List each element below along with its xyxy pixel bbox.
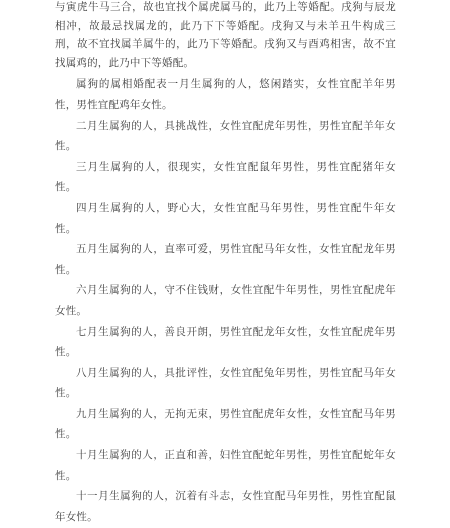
intro-paragraph: 与寅虎牛马三合，故也宜找个属虎属马的，此乃上等婚配。戌狗与辰龙相冲，故最忌找属龙… [55, 0, 396, 73]
paragraph-month-5: 五月生属狗的人，直率可爱，男性宜配马年女性，女性宜配龙年男性。 [55, 240, 396, 281]
paragraph-month-6: 六月生属狗的人，守不住钱财，女性宜配牛年男性，男性宜配虎年女性。 [55, 281, 396, 300]
paragraph-month-1: 属狗的属相婚配表一月生属狗的人，悠闲踏实，女性宜配羊年男性，男性宜配鸡年女性。 [55, 75, 396, 116]
text-column: 与寅虎牛马三合，故也宜找个属虎属马的，此乃上等婚配。戌狗与辰龙相冲，故最忌找属龙… [55, 0, 396, 300]
paragraph-month-3: 三月生属狗的人，很现实，女性宜配鼠年男性，男性宜配猪年女性。 [55, 158, 396, 199]
document-page: 与寅虎牛马三合，故也宜找个属虎属马的，此乃上等婚配。戌狗与辰龙相冲，故最忌找属龙… [0, 0, 450, 300]
paragraph-month-2: 二月生属狗的人，具挑战性，女性宜配虎年男性，男性宜配羊年女性。 [55, 117, 396, 158]
paragraph-month-4: 四月生属狗的人，野心大，女性宜配马年男性，男性宜配牛年女性。 [55, 199, 396, 240]
